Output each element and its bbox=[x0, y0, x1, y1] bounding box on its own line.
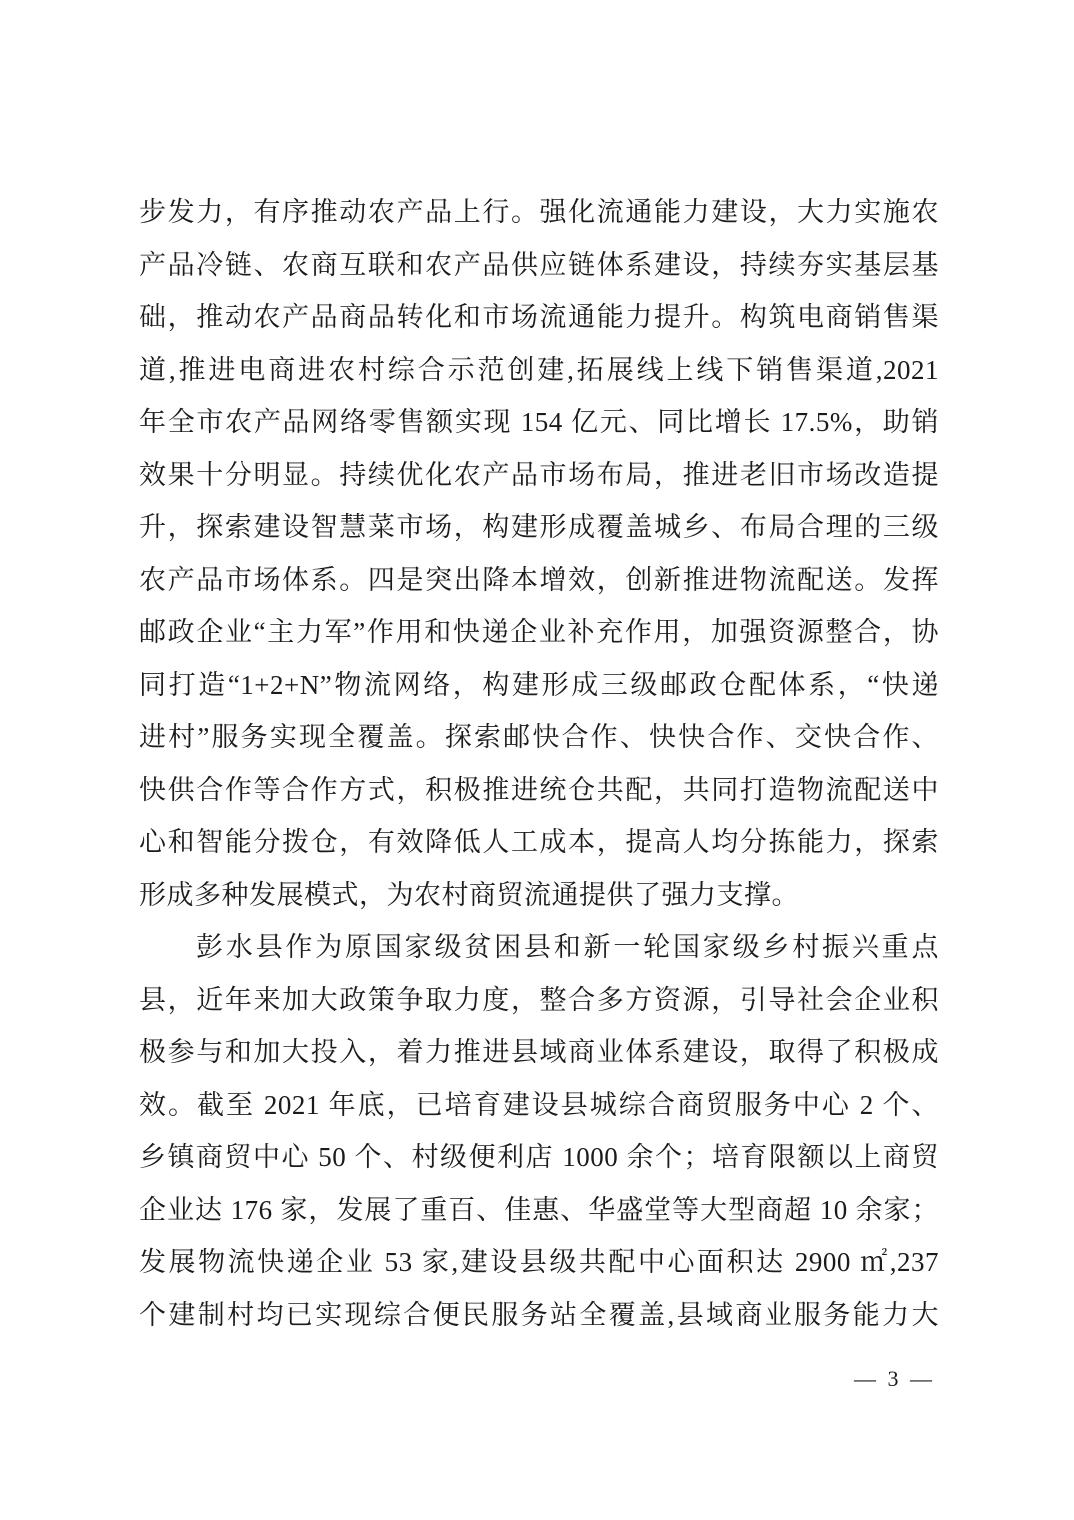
text-line: 企业达 176 家，发展了重百、佳惠、华盛堂等大型商超 10 余家； bbox=[139, 1184, 939, 1237]
text-line: 同打造“1+2+N”物流网络，构建形成三级邮政仓配体系，“快递 bbox=[139, 659, 939, 712]
text-line: 个建制村均已实现综合便民服务站全覆盖,县域商业服务能力大 bbox=[139, 1289, 939, 1342]
text-line: 邮政企业“主力军”作用和快递企业补充作用，加强资源整合，协 bbox=[139, 606, 939, 659]
text-line: 乡镇商贸中心 50 个、村级便利店 1000 余个；培育限额以上商贸 bbox=[139, 1131, 939, 1184]
text-line: 极参与和加大投入，着力推进县域商业体系建设，取得了积极成 bbox=[139, 1026, 939, 1079]
page-number: — 3 — bbox=[854, 1366, 935, 1392]
text-line: 彭水县作为原国家级贫困县和新一轮国家级乡村振兴重点 bbox=[139, 921, 939, 974]
text-line: 快供合作等合作方式，积极推进统仓共配，共同打造物流配送中 bbox=[139, 764, 939, 817]
text-line: 心和智能分拨仓，有效降低人工成本，提高人均分拣能力，探索 bbox=[139, 816, 939, 869]
text-line: 农产品市场体系。四是突出降本增效，创新推进物流配送。发挥 bbox=[139, 554, 939, 607]
text-line: 发展物流快递企业 53 家,建设县级共配中心面积达 2900 ㎡,237 bbox=[139, 1236, 939, 1289]
text-line: 步发力，有序推动农产品上行。强化流通能力建设，大力实施农 bbox=[139, 186, 939, 239]
document-body: 步发力，有序推动农产品上行。强化流通能力建设，大力实施农产品冷链、农商互联和农产… bbox=[139, 186, 939, 1341]
text-line: 道,推进电商进农村综合示范创建,拓展线上线下销售渠道,2021 bbox=[139, 344, 939, 397]
text-line: 效果十分明显。持续优化农产品市场布局，推进老旧市场改造提 bbox=[139, 449, 939, 502]
text-line: 础，推动农产品商品转化和市场流通能力提升。构筑电商销售渠 bbox=[139, 291, 939, 344]
text-line: 进村”服务实现全覆盖。探索邮快合作、快快合作、交快合作、 bbox=[139, 711, 939, 764]
text-line: 产品冷链、农商互联和农产品供应链体系建设，持续夯实基层基 bbox=[139, 239, 939, 292]
text-line: 年全市农产品网络零售额实现 154 亿元、同比增长 17.5%，助销 bbox=[139, 396, 939, 449]
text-line: 形成多种发展模式，为农村商贸流通提供了强力支撑。 bbox=[139, 869, 939, 922]
document-page: 步发力，有序推动农产品上行。强化流通能力建设，大力实施农产品冷链、农商互联和农产… bbox=[0, 0, 1074, 1520]
text-line: 县，近年来加大政策争取力度，整合多方资源，引导社会企业积 bbox=[139, 974, 939, 1027]
text-line: 升，探索建设智慧菜市场，构建形成覆盖城乡、布局合理的三级 bbox=[139, 501, 939, 554]
text-line: 效。截至 2021 年底，已培育建设县城综合商贸服务中心 2 个、 bbox=[139, 1079, 939, 1132]
